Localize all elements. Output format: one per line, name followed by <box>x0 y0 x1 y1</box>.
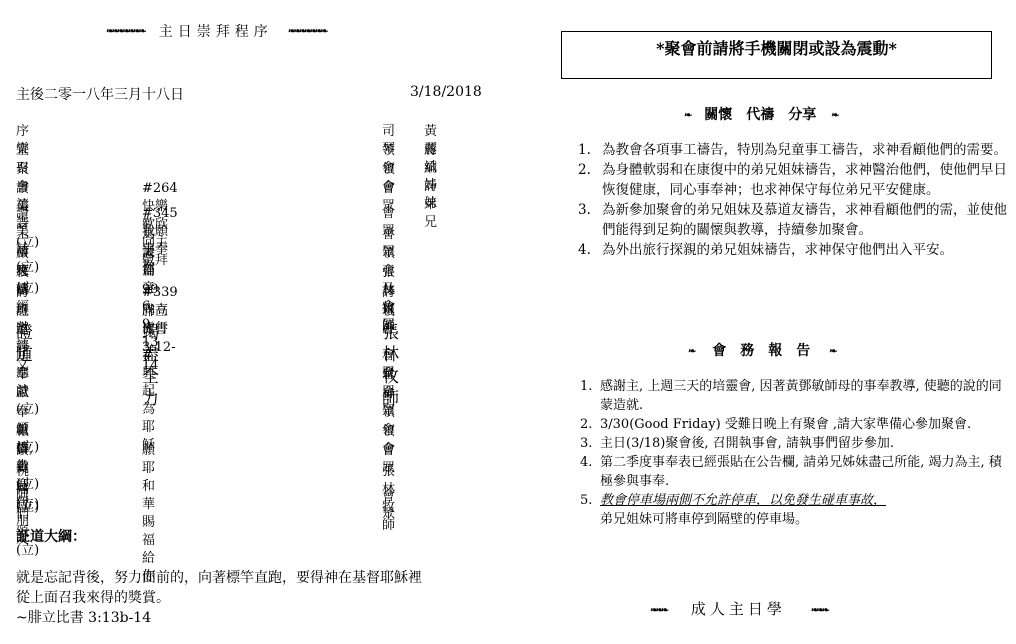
prayer-list: 1.為教會各項事工禱告，特別為兒童事工禱告，求神看顧他們的需要。2.為身體軟弱和… <box>578 140 1008 260</box>
item-number: 2. <box>580 415 592 434</box>
item-text: 為教會各項事工禱告，特別為兒童事工禱告，求神看顧他們的需要。 <box>602 142 1007 158</box>
program-detail: #興起為耶穌 <box>142 347 155 455</box>
item-text: 主日(3/18)聚會後, 召開執事會, 請執事們留步參加. <box>600 436 894 451</box>
verse-line-1: 就是忘記背後，努力面前的，向著標竿直跑，要得神在基督耶穌裡 <box>16 568 422 588</box>
prayer-item: 1.為教會各項事工禱告，特別為兒童事工禱告，求神看顧他們的需要。 <box>578 140 1008 160</box>
item-text: 感謝主, 上週三天的培靈會, 因著黃鄧敏師母的事奉教導, 使聽的說的同蒙造就. <box>600 379 1002 413</box>
item-text: 為新參加聚會的弟兄姐妹及慕道友禱告，求神看顧他們的需，並使他們能得到足夠的關懷與… <box>602 202 1007 238</box>
program-header: ❧❧❧❧❧❧❧ 主日崇拜程序 ❧❧❧❧❧❧❧ <box>106 20 326 42</box>
sunday-school-title: ❧❧❧ 成人主日學 ❧❧❧ <box>650 598 827 619</box>
date-numeric: 3/18/2018 <box>410 84 482 100</box>
announcement-item: 4.第二季度事奉表已經張貼在公告欄, 請弟兄姊妹盡己所能, 竭力為主, 積極參與… <box>580 453 1010 491</box>
item-number: 1. <box>580 377 592 396</box>
sermon-outline-title: 証道大綱： <box>16 526 86 546</box>
ornament-icon: ❧ <box>829 347 834 356</box>
memory-verse: 就是忘記背後，努力面前的，向著標竿直跑，要得神在基督耶穌裡 從上面召我來得的獎賞… <box>16 568 422 628</box>
sunday-school-label: 成人主日學 <box>691 600 786 618</box>
announcement-item: 2.3/30(Good Friday) 受難日晚上有聚會 ,請大家準備心參加聚會… <box>580 415 1010 434</box>
item-text: 3/30(Good Friday) 受難日晚上有聚會 ,請大家準備心參加聚會. <box>600 417 971 432</box>
item-number: 4. <box>578 240 591 260</box>
item-number: 3. <box>580 434 592 453</box>
ornament-icon: ❧❧❧ <box>650 606 666 615</box>
item-text: 弟兄姐妹可將車停到隔壁的停車場。 <box>600 510 1010 529</box>
item-number: 2. <box>578 160 591 180</box>
item-text: 第二季度事奉表已經張貼在公告欄, 請弟兄姊妹盡己所能, 竭力為主, 積極參與事奉… <box>600 455 1002 489</box>
item-number: 3. <box>578 200 591 220</box>
announcement-item: 1.感謝主, 上週三天的培靈會, 因著黃鄧敏師母的事奉教導, 使聽的說的同蒙造就… <box>580 377 1010 415</box>
announcements-section-title: ❧ 會 務 報 告 ❧ <box>688 340 835 360</box>
program-person: 蔣綸詩 弟兄 <box>424 142 437 232</box>
ornament-icon: ❧ <box>684 111 689 120</box>
item-number: 1. <box>578 140 591 160</box>
item-number: 4. <box>580 453 592 472</box>
prayer-item: 4.為外出旅行探親的弟兄姐妹禱告，求神保守他們出入平安。 <box>578 240 1008 260</box>
ornament-icon: ❧ <box>831 111 836 120</box>
announcement-item: 5.教會停車場兩側不允許停車，以免發生碰車事故，弟兄姐妹可將車停到隔壁的停車場。 <box>580 491 1010 529</box>
announcements-title: 會 務 報 告 <box>712 343 810 359</box>
ornament-left-icon: ❧❧❧❧❧❧❧ <box>106 23 144 41</box>
program-detail: 願耶和華賜福給你 <box>142 442 155 586</box>
announcement-item: 3.主日(3/18)聚會後, 召開執事會, 請執事們留步參加. <box>580 434 1010 453</box>
date-chinese: 主後二零一八年三月十八日 <box>16 84 184 104</box>
phone-notice-box: *聚會前請將手機關閉或設為震動* <box>561 31 992 79</box>
prayer-item: 2.為身體軟弱和在康復中的弟兄姐妹禱告，求神醫治他們，使他們早日恢復健康，同心事… <box>578 160 1008 200</box>
item-emphasis: 教會停車場兩側不允許停車，以免發生碰車事故， <box>600 491 1010 510</box>
verse-line-2: 從上面召我來得的獎賞。 <box>16 588 422 608</box>
phone-notice: *聚會前請將手機關閉或設為震動* <box>562 36 991 59</box>
program-title: 主日崇拜程序 <box>159 24 273 40</box>
announcement-list: 1.感謝主, 上週三天的培靈會, 因著黃鄧敏師母的事奉教導, 使聽的說的同蒙造就… <box>580 377 1010 529</box>
prayer-item: 3.為新參加聚會的弟兄姐妹及慕道友禱告，求神看顧他們的需，並使他們能得到足夠的關… <box>578 200 1008 240</box>
item-number: 5. <box>580 491 592 510</box>
program-item: 阿們頌 (立) <box>16 488 39 560</box>
ornament-right-icon: ❧❧❧❧❧❧❧ <box>288 23 326 41</box>
ornament-icon: ❧ <box>688 347 693 356</box>
item-text: 為外出旅行探親的弟兄姐妹禱告，求神保守他們出入平安。 <box>602 242 953 258</box>
prayer-section-title: ❧ 關懷 代禱 分享 ❧ <box>684 104 837 124</box>
program-leader: 會眾 <box>382 488 395 524</box>
prayer-title: 關懷 代禱 分享 <box>704 107 816 123</box>
verse-reference: ~腓立比書 3:13b-14 <box>16 608 422 628</box>
ornament-icon: ❧❧❧ <box>811 606 827 615</box>
item-text: 為身體軟弱和在康復中的弟兄姐妹禱告，求神醫治他們，使他們早日恢復健康，同心事奉神… <box>602 162 1007 198</box>
